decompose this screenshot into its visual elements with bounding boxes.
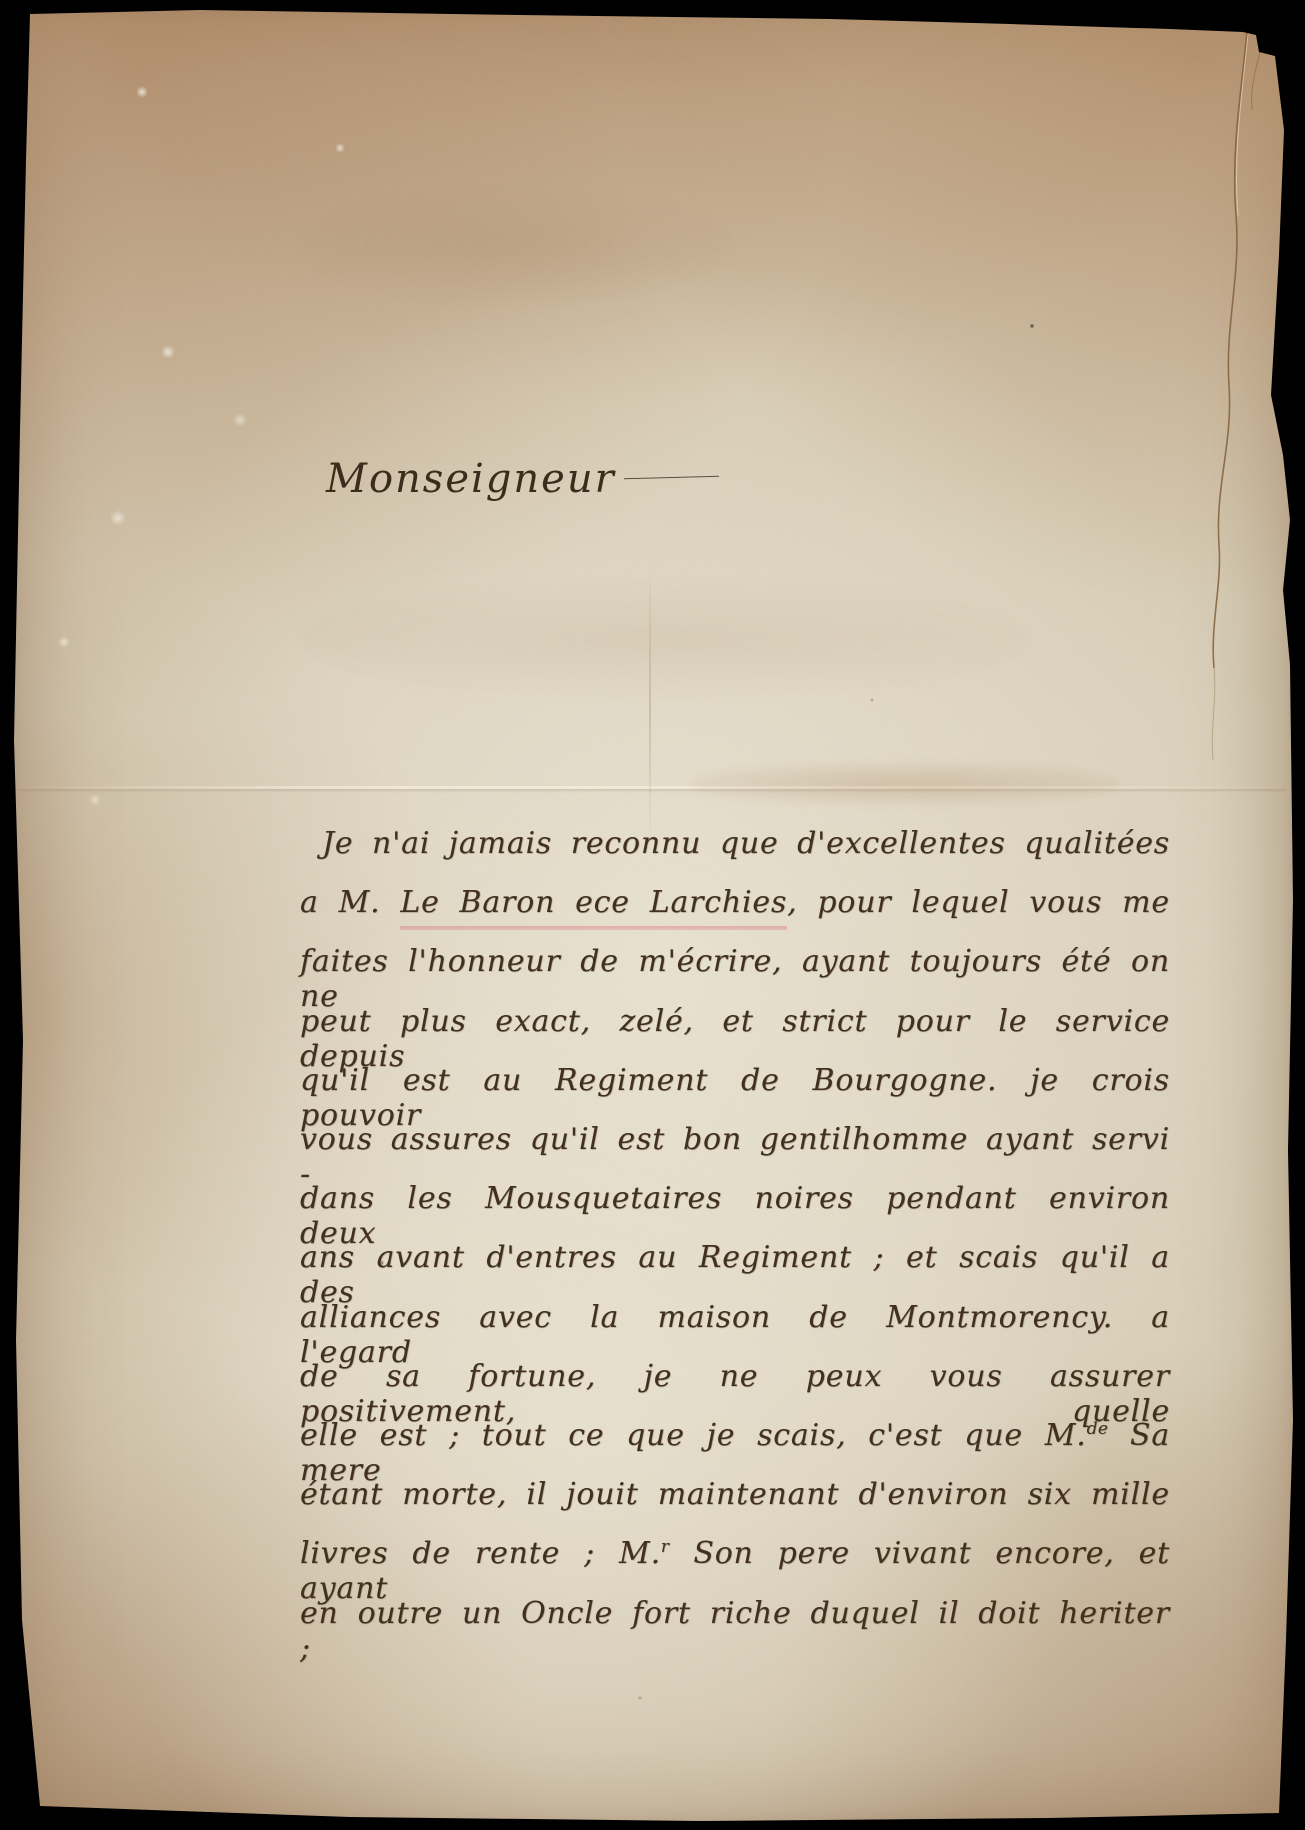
letter-line: dans les Mousquetaires noires pendant en…: [300, 1181, 1170, 1240]
letter-line: Je n'ai jamais reconnu que d'excellentes…: [322, 826, 1170, 885]
letter-line: étant morte, il jouit maintenant d'envir…: [300, 1477, 1170, 1536]
letter-line: vous assures qu'il est bon gentilhomme a…: [300, 1122, 1170, 1181]
letter-text-segment: , pour lequel vous me: [787, 885, 1170, 920]
letter-text-segment: livres de rente ; M.: [300, 1536, 661, 1571]
letter-line: faites l'honneur de m'écrire, ayant touj…: [300, 944, 1170, 1003]
salutation-flourish: [624, 476, 719, 479]
letter-line: livres de rente ; M.r Son pere vivant en…: [300, 1536, 1170, 1595]
letter-content: Monseigneur Je n'ai jamais reconnu que d…: [0, 0, 1305, 1830]
letter-line: peut plus exact, zelé, et strict pour le…: [300, 1004, 1170, 1063]
salutation: Monseigneur: [326, 456, 719, 502]
letter-line: en outre un Oncle fort riche duquel il d…: [300, 1596, 1170, 1655]
superscript-abbreviation: de: [1087, 1419, 1109, 1439]
letter-text-segment: elle est ; tout ce que je scais, c'est q…: [300, 1418, 1087, 1453]
letter-line: alliances avec la maison de Montmorency.…: [300, 1300, 1170, 1359]
photo-background: Monseigneur Je n'ai jamais reconnu que d…: [0, 0, 1305, 1830]
letter-paper: Monseigneur Je n'ai jamais reconnu que d…: [0, 0, 1305, 1830]
letter-text-segment: étant morte, il jouit maintenant d'envir…: [300, 1477, 1170, 1512]
letter-line: de sa fortune, je ne peux vous assurer p…: [300, 1359, 1170, 1418]
letter-line: elle est ; tout ce que je scais, c'est q…: [300, 1418, 1170, 1477]
letter-line: a M. Le Baron ece Larchies, pour lequel …: [300, 885, 1170, 944]
letter-text-segment: a M.: [300, 885, 400, 920]
letter-line: ans avant d'entres au Regiment ; et scai…: [300, 1240, 1170, 1299]
letter-text-segment: Je n'ai jamais reconnu que d'excellentes…: [322, 826, 1170, 861]
red-underlined-name: Le Baron ece Larchies: [400, 885, 787, 930]
salutation-text: Monseigneur: [326, 456, 616, 502]
letter-text-segment: en outre un Oncle fort riche duquel il d…: [300, 1596, 1170, 1666]
letter-line: qu'il est au Regiment de Bourgogne. je c…: [300, 1063, 1170, 1122]
